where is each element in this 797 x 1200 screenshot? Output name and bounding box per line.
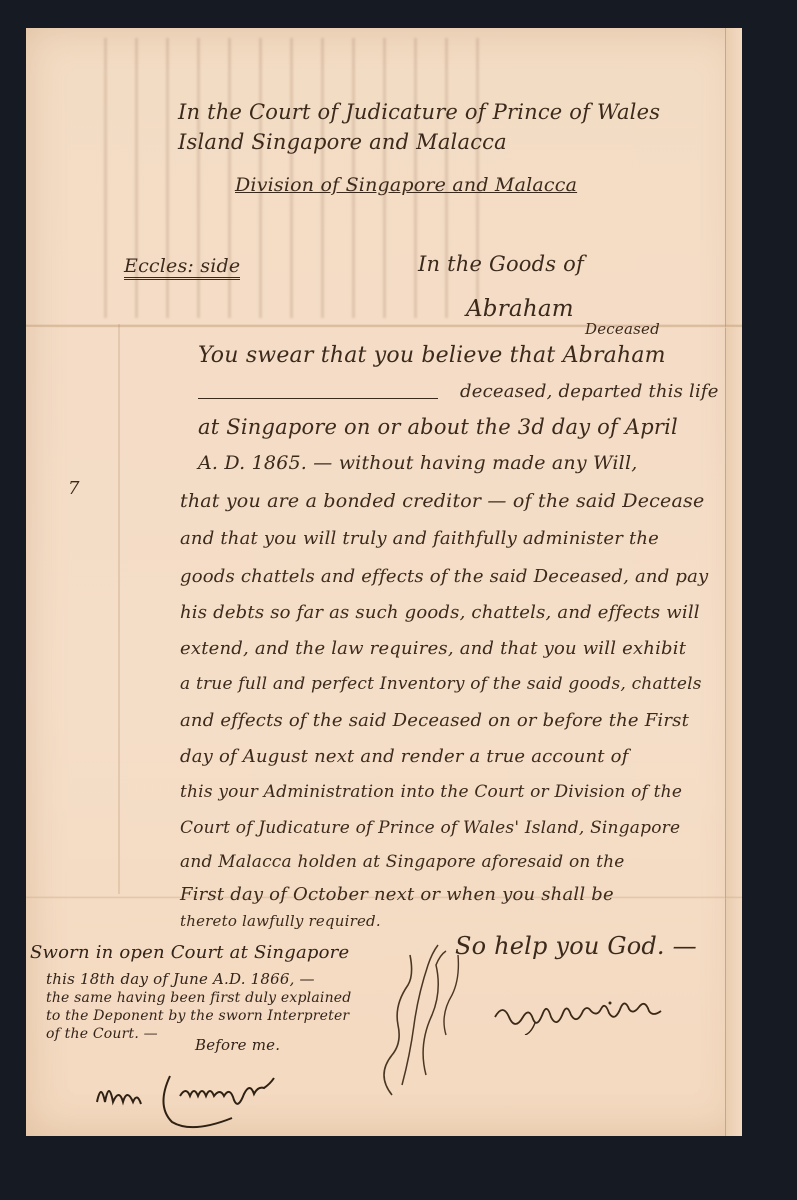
jurat-line-5: of the Court. — [46, 1026, 158, 1042]
deceased-name: Abraham [466, 296, 574, 322]
jurat-line-3: the same having been first duly explaine… [46, 990, 351, 1006]
name-blank-line [198, 398, 438, 399]
oath-line-2: deceased, departed this life [460, 381, 719, 402]
in-the-goods-of: In the Goods of [418, 252, 584, 276]
jurat-line-2: this 18th day of June A.D. 1866, — [46, 970, 315, 988]
oath-line-1: You swear that you believe that Abraham [198, 343, 666, 368]
judge-signature [92, 1062, 352, 1139]
oath-line-6: and that you will truly and faithfully a… [180, 528, 659, 549]
oath-line-15: and Malacca holden at Singapore aforesai… [180, 852, 625, 872]
jurat-before-me: Before me. [195, 1036, 280, 1054]
oath-line-10: a true full and perfect Inventory of the… [180, 674, 702, 694]
judge-signature-icon [92, 1062, 352, 1132]
oath-line-17: thereto lawfully required. [180, 912, 381, 930]
oath-line-5: that you are a bonded creditor — of the … [180, 490, 704, 512]
paper-fold-vertical [118, 324, 120, 894]
vertical-signature-icon [372, 925, 472, 1105]
oath-line-12: day of August next and render a true acc… [180, 746, 629, 767]
division-title: Division of Singapore and Malacca [235, 174, 577, 196]
oath-line-13: this your Administration into the Court … [180, 782, 682, 802]
oath-line-7: goods chattels and effects of the said D… [180, 566, 708, 587]
oath-line-11: and effects of the said Deceased on or b… [180, 710, 689, 731]
paper-edge-strip [725, 28, 742, 1136]
ecclesiastical-side-label: Eccles: side [124, 255, 240, 277]
deponent-signature [490, 995, 710, 1041]
oath-line-3: at Singapore on or about the 3d day of A… [198, 415, 678, 439]
oath-closing: So help you God. — [455, 932, 697, 960]
oath-line-8: his debts so far as such goods, chattels… [180, 602, 700, 623]
oath-line-4: A. D. 1865. — without having made any Wi… [198, 452, 637, 474]
court-heading-line1: In the Court of Judicature of Prince of … [178, 100, 660, 124]
margin-mark: 7 [68, 478, 79, 499]
oath-line-14: Court of Judicature of Prince of Wales' … [180, 818, 680, 838]
oath-line-16: First day of October next or when you sh… [180, 884, 614, 905]
deceased-label: Deceased [585, 320, 660, 338]
court-heading-line2: Island Singapore and Malacca [178, 130, 507, 154]
jurat-line-1: Sworn in open Court at Singapore [30, 942, 349, 963]
deponent-signature-icon [490, 995, 710, 1035]
jurat-line-4: to the Deponent by the sworn Interpreter [46, 1008, 349, 1024]
oath-line-9: extend, and the law requires, and that y… [180, 638, 686, 659]
court-heading-line3: Division of Singapore and Malacca [235, 174, 577, 196]
interpreter-vertical-signatures [372, 925, 472, 1105]
